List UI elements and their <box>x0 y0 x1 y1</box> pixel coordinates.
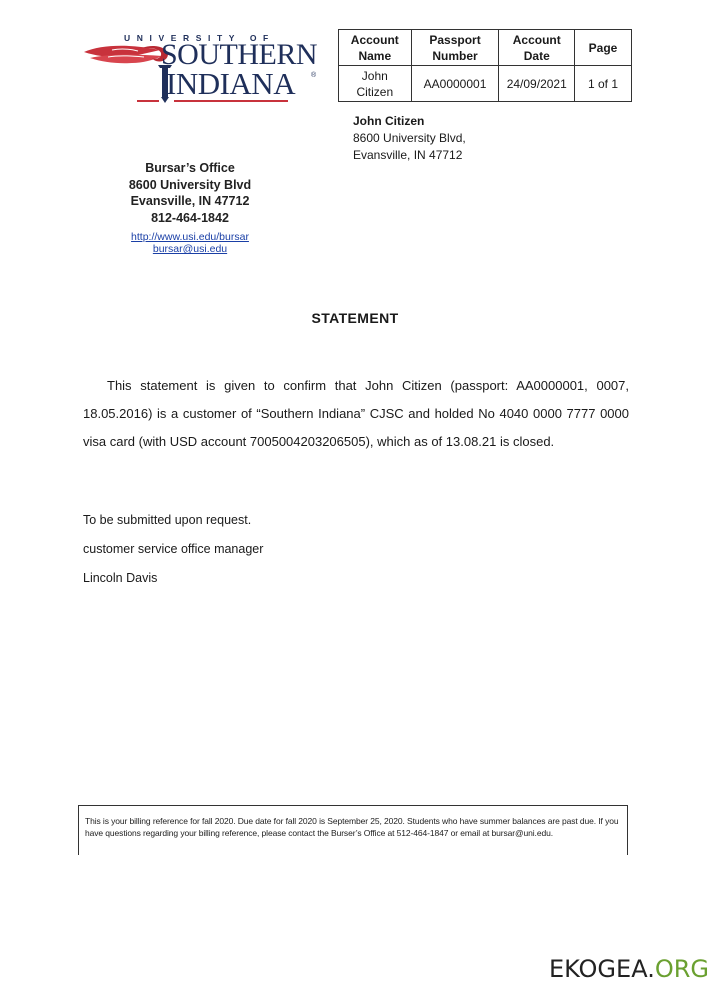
header-account-date: Account Date <box>499 30 575 66</box>
logo-indiana: INDIANA <box>166 68 295 99</box>
recipient-address: John Citizen 8600 University Blvd, Evans… <box>353 113 466 164</box>
bursar-phone: 812-464-1842 <box>110 210 270 227</box>
bursar-address-line1: 8600 University Blvd <box>110 177 270 194</box>
recipient-name: John Citizen <box>353 113 466 130</box>
closing-note: To be submitted upon request. <box>83 512 263 528</box>
header-account-name: Account Name <box>339 30 412 66</box>
cell-passport-number: AA0000001 <box>411 66 499 102</box>
account-info-table: Account Name Passport Number Account Dat… <box>338 29 632 102</box>
recipient-address-line2: Evansville, IN 47712 <box>353 147 466 164</box>
bursar-contact: Bursar’s Office 8600 University Blvd Eva… <box>110 160 270 255</box>
cell-account-name: John Citizen <box>339 66 412 102</box>
registered-mark: ® <box>311 72 316 79</box>
signatory-title: customer service office manager <box>83 541 263 557</box>
cell-page: 1 of 1 <box>575 66 632 102</box>
header-passport-number: Passport Number <box>411 30 499 66</box>
header-page: Page <box>575 30 632 66</box>
signatory-name: Lincoln Davis <box>83 570 263 586</box>
billing-notice: This is your billing reference for fall … <box>78 805 628 855</box>
statement-title: STATEMENT <box>0 310 710 326</box>
table-row: John Citizen AA0000001 24/09/2021 1 of 1 <box>339 66 632 102</box>
statement-body: This statement is given to confirm that … <box>83 372 629 456</box>
logo-rule-left <box>137 100 159 102</box>
bursar-office-name: Bursar’s Office <box>110 160 270 177</box>
recipient-address-line1: 8600 University Blvd, <box>353 130 466 147</box>
bursar-email-link[interactable]: bursar@usi.edu <box>153 243 227 255</box>
account-table-header: Account Name Passport Number Account Dat… <box>339 30 632 66</box>
closing-block: To be submitted upon request. customer s… <box>83 512 263 599</box>
watermark: EKOGEA.ORG <box>549 955 709 983</box>
watermark-part1: EKOGEA. <box>549 955 655 983</box>
university-logo: UNIVERSITY OF SOUTHERN INDIANA ® <box>82 32 322 104</box>
watermark-part2: ORG <box>655 955 709 983</box>
cell-account-date: 24/09/2021 <box>499 66 575 102</box>
bursar-address-line2: Evansville, IN 47712 <box>110 193 270 210</box>
bursar-website-link[interactable]: http://www.usi.edu/bursar <box>131 231 249 243</box>
logo-rule-right <box>174 100 288 102</box>
